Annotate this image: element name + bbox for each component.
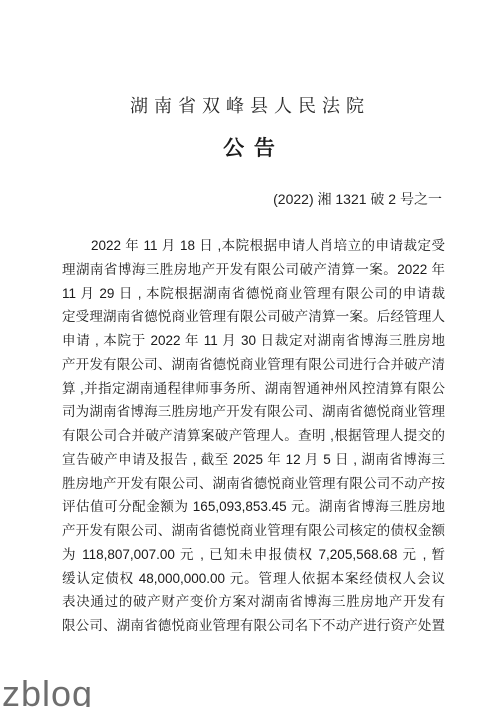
body-line: 申请 , 本院于 2022 年 11 月 30 日裁定对湖南省博海三胜房地 [62,329,445,353]
body-line: 算 ,并指定湖南通程律师事务所、湖南智通神州风控清算有限公 [62,377,445,401]
body-line: 11 月 29 日 , 本院根据湖南省德悦商业管理有限公司的申请裁 [62,282,445,306]
body-line: 为 118,807,007.00 元 , 已知未申报债权 7,205,568.6… [62,543,445,567]
body-line: 司为湖南省博海三胜房地产开发有限公司、湖南省德悦商业管理 [62,400,445,424]
body-line: 定受理湖南省德悦商业管理有限公司破产清算一案。后经管理人 [62,305,445,329]
body-line: 胜房地产开发有限公司、湖南省德悦商业管理有限公司不动产按 [62,472,445,496]
notice-title: 公 告 [0,132,500,162]
body-line: 缓认定债权 48,000,000.00 元。管理人依据本案经债权人会议 [62,567,445,591]
body-line: 表决通过的破产财产变价方案对湖南省博海三胜房地产开发有 [62,590,445,614]
watermark-text: zblog [2,676,93,707]
body-line: 产开发有限公司、湖南省德悦商业管理有限公司进行合并破产清 [62,353,445,377]
body-line: 限公司、湖南省德悦商业管理有限公司名下不动产进行资产处置 [62,614,445,638]
body-line: 2022 年 11 月 18 日 ,本院根据申请人肖培立的申请裁定受 [62,234,445,258]
body-line: 理湖南省博海三胜房地产开发有限公司破产清算一案。2022 年 [62,258,445,282]
body-line: 宣告破产申请及报告 , 截至 2025 年 12 月 5 日 , 湖南省博海三 [62,448,445,472]
case-number: (2022) 湘 1321 破 2 号之一 [273,189,442,209]
body-line: 产开发有限公司、湖南省德悦商业管理有限公司核定的债权金额 [62,519,445,543]
court-notice-document: 湖南省双峰县人民法院 公 告 (2022) 湘 1321 破 2 号之一 202… [0,0,500,707]
court-name-heading: 湖南省双峰县人民法院 [0,92,500,118]
body-line: 评估值可分配金额为 165,093,853.45 元。湖南省博海三胜房地 [62,495,445,519]
body-paragraph: 2022 年 11 月 18 日 ,本院根据申请人肖培立的申请裁定受理湖南省博海… [62,234,445,638]
body-line: 有限公司合并破产清算案破产管理人。查明 ,根据管理人提交的 [62,424,445,448]
